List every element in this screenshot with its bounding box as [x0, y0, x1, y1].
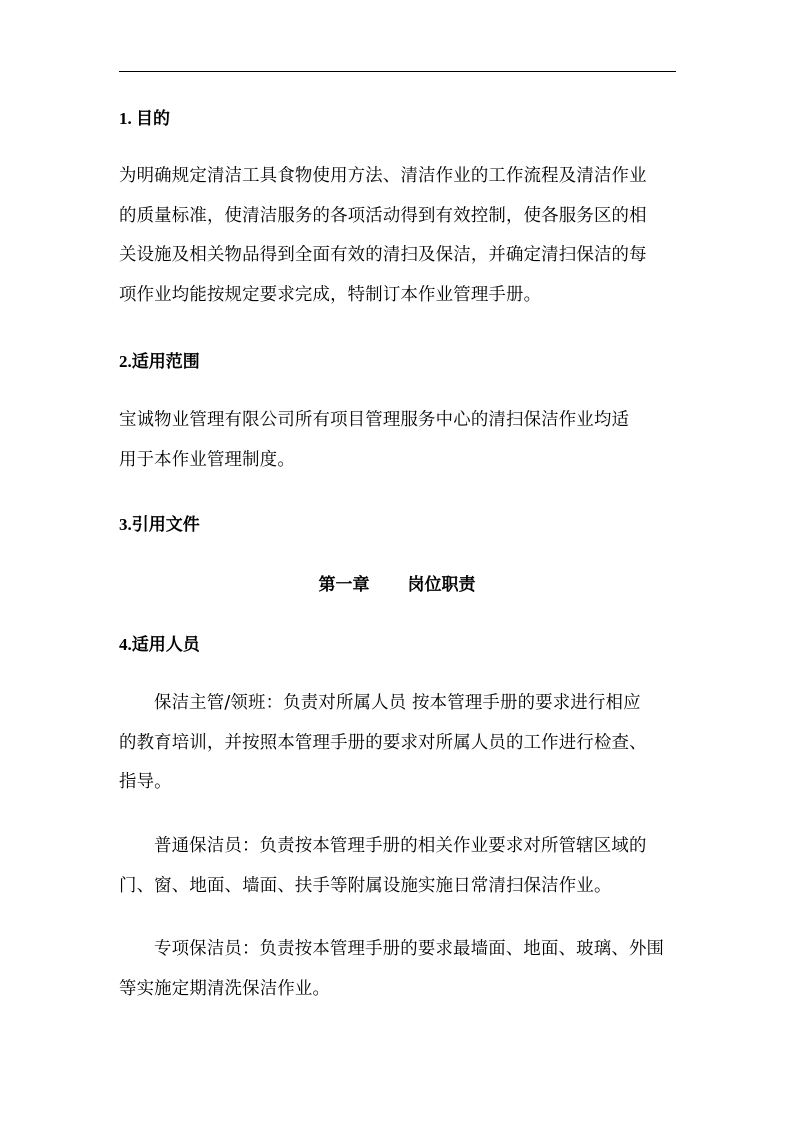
text-line: 等实施定期清洗保洁作业。: [119, 970, 677, 1010]
text-line: 保洁主管/领班：负责对所属人员 按本管理手册的要求进行相应: [119, 684, 677, 724]
text-line: 宝诚物业管理有限公司所有项目管理服务中心的清扫保洁作业均适: [119, 401, 677, 441]
chapter-number: 第一章: [319, 575, 370, 595]
text-line: 用于本作业管理制度。: [119, 441, 677, 481]
text-line: 门、窗、地面、墙面、扶手等附属设施实施日常清扫保洁作业。: [119, 867, 677, 907]
text-line: 普通保洁员：负责按本管理手册的相关作业要求对所管辖区域的: [119, 827, 677, 867]
chapter-name: 岗位职责: [408, 575, 476, 595]
text-line: 专项保洁员：负责按本管理手册的要求最墙面、地面、玻璃、外围: [119, 930, 677, 970]
text-line: 关设施及相关物品得到全面有效的清扫及保洁，并确定清扫保洁的每: [119, 236, 677, 276]
section-heading-references: 3.引用文件: [119, 514, 677, 536]
role-paragraph-supervisor: 保洁主管/领班：负责对所属人员 按本管理手册的要求进行相应 的教育培训，并按照本…: [119, 684, 677, 803]
text-line: 的教育培训，并按照本管理手册的要求对所属人员的工作进行检查、: [119, 724, 677, 764]
section-heading-personnel: 4.适用人员: [119, 634, 677, 656]
text-line: 为明确规定清洁工具食物使用方法、清洁作业的工作流程及清洁作业: [119, 157, 677, 197]
text-line: 指导。: [119, 763, 677, 803]
role-paragraph-special-cleaner: 专项保洁员：负责按本管理手册的要求最墙面、地面、玻璃、外围 等实施定期清洗保洁作…: [119, 930, 677, 1009]
chapter-title: 第一章岗位职责: [0, 574, 794, 596]
section-heading-scope: 2.适用范围: [119, 351, 677, 373]
role-paragraph-general-cleaner: 普通保洁员：负责按本管理手册的相关作业要求对所管辖区域的 门、窗、地面、墙面、扶…: [119, 827, 677, 906]
text-line: 项作业均能按规定要求完成，特制订本作业管理手册。: [119, 276, 677, 316]
text-line: 的质量标准，使清洁服务的各项活动得到有效控制，使各服务区的相: [119, 197, 677, 237]
section-heading-purpose: 1. 目的: [119, 108, 677, 130]
section-body-purpose: 为明确规定清洁工具食物使用方法、清洁作业的工作流程及清洁作业 的质量标准，使清洁…: [119, 157, 677, 315]
header-rule: [119, 71, 676, 72]
section-body-scope: 宝诚物业管理有限公司所有项目管理服务中心的清扫保洁作业均适 用于本作业管理制度。: [119, 401, 677, 480]
